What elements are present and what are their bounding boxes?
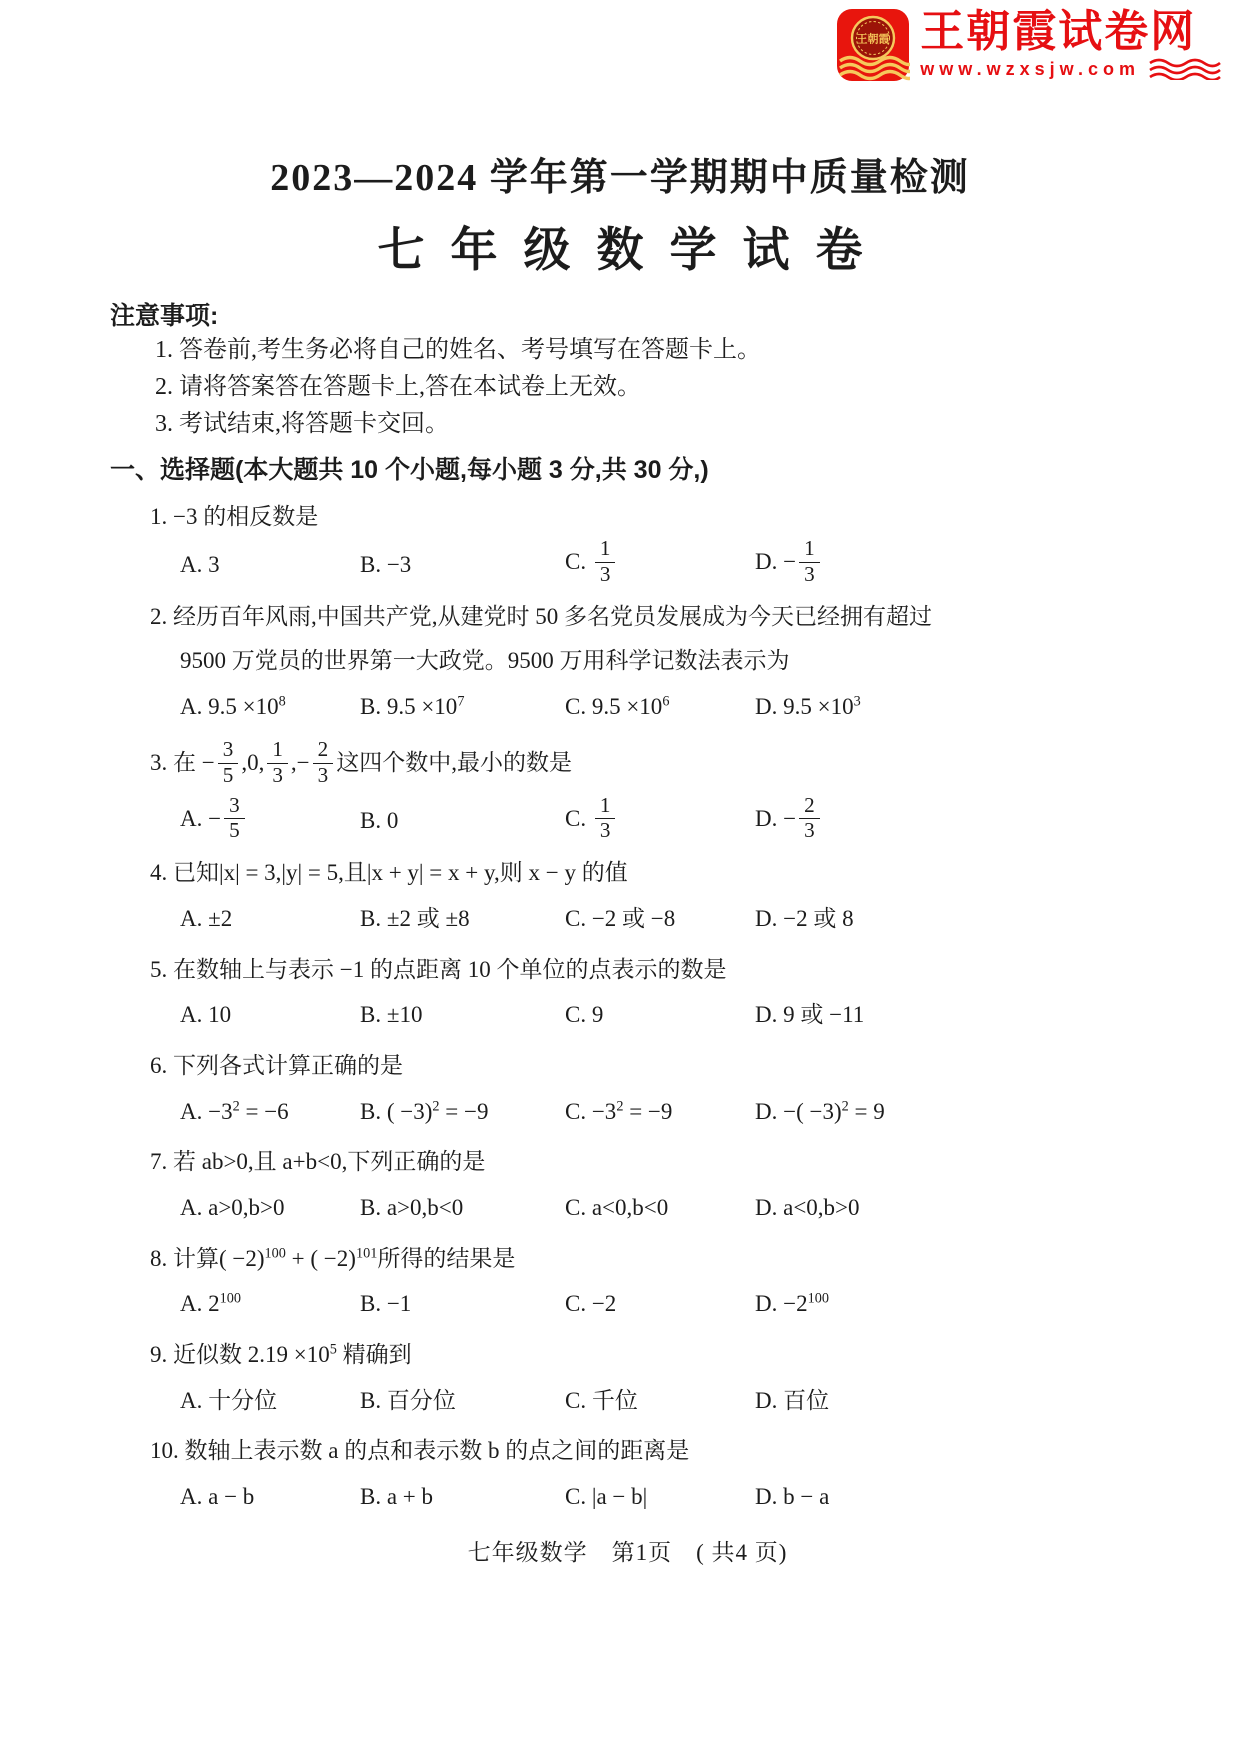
option-c: C. 9 [565, 999, 755, 1030]
option-c: C. |a − b| [565, 1481, 755, 1512]
question-options: A. 10 B. ±10 C. 9 D. 9 或 −11 [180, 992, 1145, 1038]
option-b: B. a + b [360, 1481, 565, 1512]
question: 2. 经历百年风雨,中国共产党,从建党时 50 多名党员发展成为今天已经拥有超过… [110, 600, 1145, 730]
option-d: D. −23 [755, 796, 1145, 845]
option-a: A. a>0,b>0 [180, 1192, 360, 1223]
question-stems: 2. 经历百年风雨,中国共产党,从建党时 50 多名党员发展成为今天已经拥有超过… [110, 600, 1145, 678]
option-d: D. a<0,b>0 [755, 1192, 1145, 1223]
question-stem: 8. 计算( −2)100 + ( −2)101所得的结果是 [150, 1242, 1145, 1275]
question-options: A. −35 B. 0 C. 13 D. −23 [180, 796, 1145, 845]
option-d: D. b − a [755, 1481, 1145, 1512]
question-stem: 9. 近似数 2.19 ×105 精确到 [150, 1338, 1145, 1371]
question-stems: 7. 若 ab>0,且 a+b<0,下列正确的是 [110, 1145, 1145, 1178]
option-d: D. −( −3)2 = 9 [755, 1096, 1145, 1127]
question-stem: 4. 已知|x| = 3,|y| = 5,且|x + y| = x + y,则 … [150, 856, 1145, 889]
question-stems: 10. 数轴上表示数 a 的点和表示数 b 的点之间的距离是 [110, 1434, 1145, 1467]
site-logo: 王朝霞 王朝霞试卷网 www.wzxsjw.com [836, 8, 1222, 82]
question-stems: 3. 在 −35,0,13,−23这四个数中,最小的数是 [110, 740, 1145, 789]
question-stem: 10. 数轴上表示数 a 的点和表示数 b 的点之间的距离是 [150, 1434, 1145, 1467]
question-options: A. a − b B. a + b C. |a − b| D. b − a [180, 1474, 1145, 1520]
site-url-row: www.wzxsjw.com [920, 58, 1222, 80]
option-a: A. 10 [180, 999, 360, 1030]
option-b: B. ( −3)2 = −9 [360, 1096, 565, 1127]
wave-decoration-icon [1148, 58, 1222, 80]
site-url: www.wzxsjw.com [920, 59, 1140, 80]
notice-item-1: 1. 答卷前,考生务必将自己的姓名、考号填写在答题卡上。 [155, 332, 1145, 369]
option-d: D. −13 [755, 539, 1145, 588]
option-a: A. ±2 [180, 903, 360, 934]
option-b: B. 9.5 ×107 [360, 691, 565, 722]
notice-item-2: 2. 请将答案答在答题卡上,答在本试卷上无效。 [155, 369, 1145, 406]
exam-title: 2023—2024 学年第一学期期中质量检测 [0, 146, 1240, 201]
option-d: D. −2 或 8 [755, 903, 1145, 934]
question-options: A. 9.5 ×108 B. 9.5 ×107 C. 9.5 ×106 D. 9… [180, 683, 1145, 729]
option-a: A. 9.5 ×108 [180, 691, 360, 722]
question-stem: 5. 在数轴上与表示 −1 的点距离 10 个单位的点表示的数是 [150, 953, 1145, 986]
option-c: C. 9.5 ×106 [565, 691, 755, 722]
question: 9. 近似数 2.19 ×105 精确到 A. 十分位 B. 百分位 C. 千位… [110, 1338, 1145, 1423]
question: 7. 若 ab>0,且 a+b<0,下列正确的是 A. a>0,b>0 B. a… [110, 1145, 1145, 1230]
option-b: B. −1 [360, 1288, 565, 1319]
question-stem: 7. 若 ab>0,且 a+b<0,下列正确的是 [150, 1145, 1145, 1178]
question-options: A. 3 B. −3 C. 13 D. −13 [180, 539, 1145, 588]
option-a: A. 3 [180, 549, 360, 580]
option-d: D. 9 或 −11 [755, 999, 1145, 1030]
option-b: B. 0 [360, 805, 565, 836]
question: 1. −3 的相反数是 A. 3 B. −3 C. 13 D. −13 [110, 500, 1145, 589]
notice-heading: 注意事项: [110, 296, 1145, 332]
option-b: B. −3 [360, 549, 565, 580]
option-b: B. ±2 或 ±8 [360, 903, 565, 934]
question-stems: 5. 在数轴上与表示 −1 的点距离 10 个单位的点表示的数是 [110, 953, 1145, 986]
question: 5. 在数轴上与表示 −1 的点距离 10 个单位的点表示的数是 A. 10 B… [110, 953, 1145, 1038]
option-b: B. 百分位 [360, 1385, 565, 1416]
option-c: C. −2 [565, 1288, 755, 1319]
option-d: D. 9.5 ×103 [755, 691, 1145, 722]
question-options: A. −32 = −6 B. ( −3)2 = −9 C. −32 = −9 D… [180, 1088, 1145, 1134]
option-b: B. a>0,b<0 [360, 1192, 565, 1223]
questions: 1. −3 的相反数是 A. 3 B. −3 C. 13 D. −13 2. 经… [110, 500, 1145, 1520]
option-d: D. −2100 [755, 1288, 1145, 1319]
question-stem: 6. 下列各式计算正确的是 [150, 1049, 1145, 1082]
option-c: C. 千位 [565, 1385, 755, 1416]
question-options: A. a>0,b>0 B. a>0,b<0 C. a<0,b<0 D. a<0,… [180, 1185, 1145, 1231]
question: 10. 数轴上表示数 a 的点和表示数 b 的点之间的距离是 A. a − b … [110, 1434, 1145, 1519]
option-a: A. −35 [180, 796, 360, 845]
question-stems: 8. 计算( −2)100 + ( −2)101所得的结果是 [110, 1242, 1145, 1275]
option-a: A. a − b [180, 1481, 360, 1512]
question: 8. 计算( −2)100 + ( −2)101所得的结果是 A. 2100 B… [110, 1242, 1145, 1327]
option-c: C. 13 [565, 796, 755, 845]
option-d: D. 百位 [755, 1385, 1145, 1416]
option-b: B. ±10 [360, 999, 565, 1030]
exam-page: 王朝霞 王朝霞试卷网 www.wzxsjw.com 2023—2024 学年第一… [0, 0, 1240, 1754]
logo-text-block: 王朝霞试卷网 www.wzxsjw.com [920, 8, 1222, 80]
option-a: A. 2100 [180, 1288, 360, 1319]
option-c: C. −32 = −9 [565, 1096, 755, 1127]
question-stem: 1. −3 的相反数是 [150, 500, 1145, 533]
page-footer: 七年级数学 第1页 ( 共4 页) [110, 1534, 1145, 1567]
question-options: A. 十分位 B. 百分位 C. 千位 D. 百位 [180, 1377, 1145, 1423]
option-a: A. −32 = −6 [180, 1096, 360, 1127]
question: 3. 在 −35,0,13,−23这四个数中,最小的数是 A. −35 B. 0… [110, 740, 1145, 845]
question-stems: 1. −3 的相反数是 [110, 500, 1145, 533]
logo-emblem-icon: 王朝霞 [836, 8, 910, 82]
question-options: A. ±2 B. ±2 或 ±8 C. −2 或 −8 D. −2 或 8 [180, 896, 1145, 942]
question-options: A. 2100 B. −1 C. −2 D. −2100 [180, 1281, 1145, 1327]
site-name: 王朝霞试卷网 [920, 8, 1222, 56]
option-a: A. 十分位 [180, 1385, 360, 1416]
exam-subtitle: 七年级数学试卷 [0, 213, 1240, 280]
svg-text:王朝霞: 王朝霞 [857, 32, 890, 46]
question: 6. 下列各式计算正确的是 A. −32 = −6 B. ( −3)2 = −9… [110, 1049, 1145, 1134]
notice-item-3: 3. 考试结束,将答题卡交回。 [155, 406, 1145, 443]
question-stem: 2. 经历百年风雨,中国共产党,从建党时 50 多名党员发展成为今天已经拥有超过 [150, 600, 1145, 633]
question: 4. 已知|x| = 3,|y| = 5,且|x + y| = x + y,则 … [110, 856, 1145, 941]
option-c: C. a<0,b<0 [565, 1192, 755, 1223]
question-stems: 9. 近似数 2.19 ×105 精确到 [110, 1338, 1145, 1371]
question-stem: 3. 在 −35,0,13,−23这四个数中,最小的数是 [150, 740, 1145, 789]
exam-content: 注意事项: 1. 答卷前,考生务必将自己的姓名、考号填写在答题卡上。 2. 请将… [0, 296, 1240, 1567]
option-c: C. −2 或 −8 [565, 903, 755, 934]
section-heading: 一、选择题(本大题共 10 个小题,每小题 3 分,共 30 分,) [110, 451, 1145, 489]
option-c: C. 13 [565, 539, 755, 588]
question-stems: 4. 已知|x| = 3,|y| = 5,且|x + y| = x + y,则 … [110, 856, 1145, 889]
question-stem: 9500 万党员的世界第一大政党。9500 万用科学记数法表示为 [180, 644, 1145, 677]
question-stems: 6. 下列各式计算正确的是 [110, 1049, 1145, 1082]
